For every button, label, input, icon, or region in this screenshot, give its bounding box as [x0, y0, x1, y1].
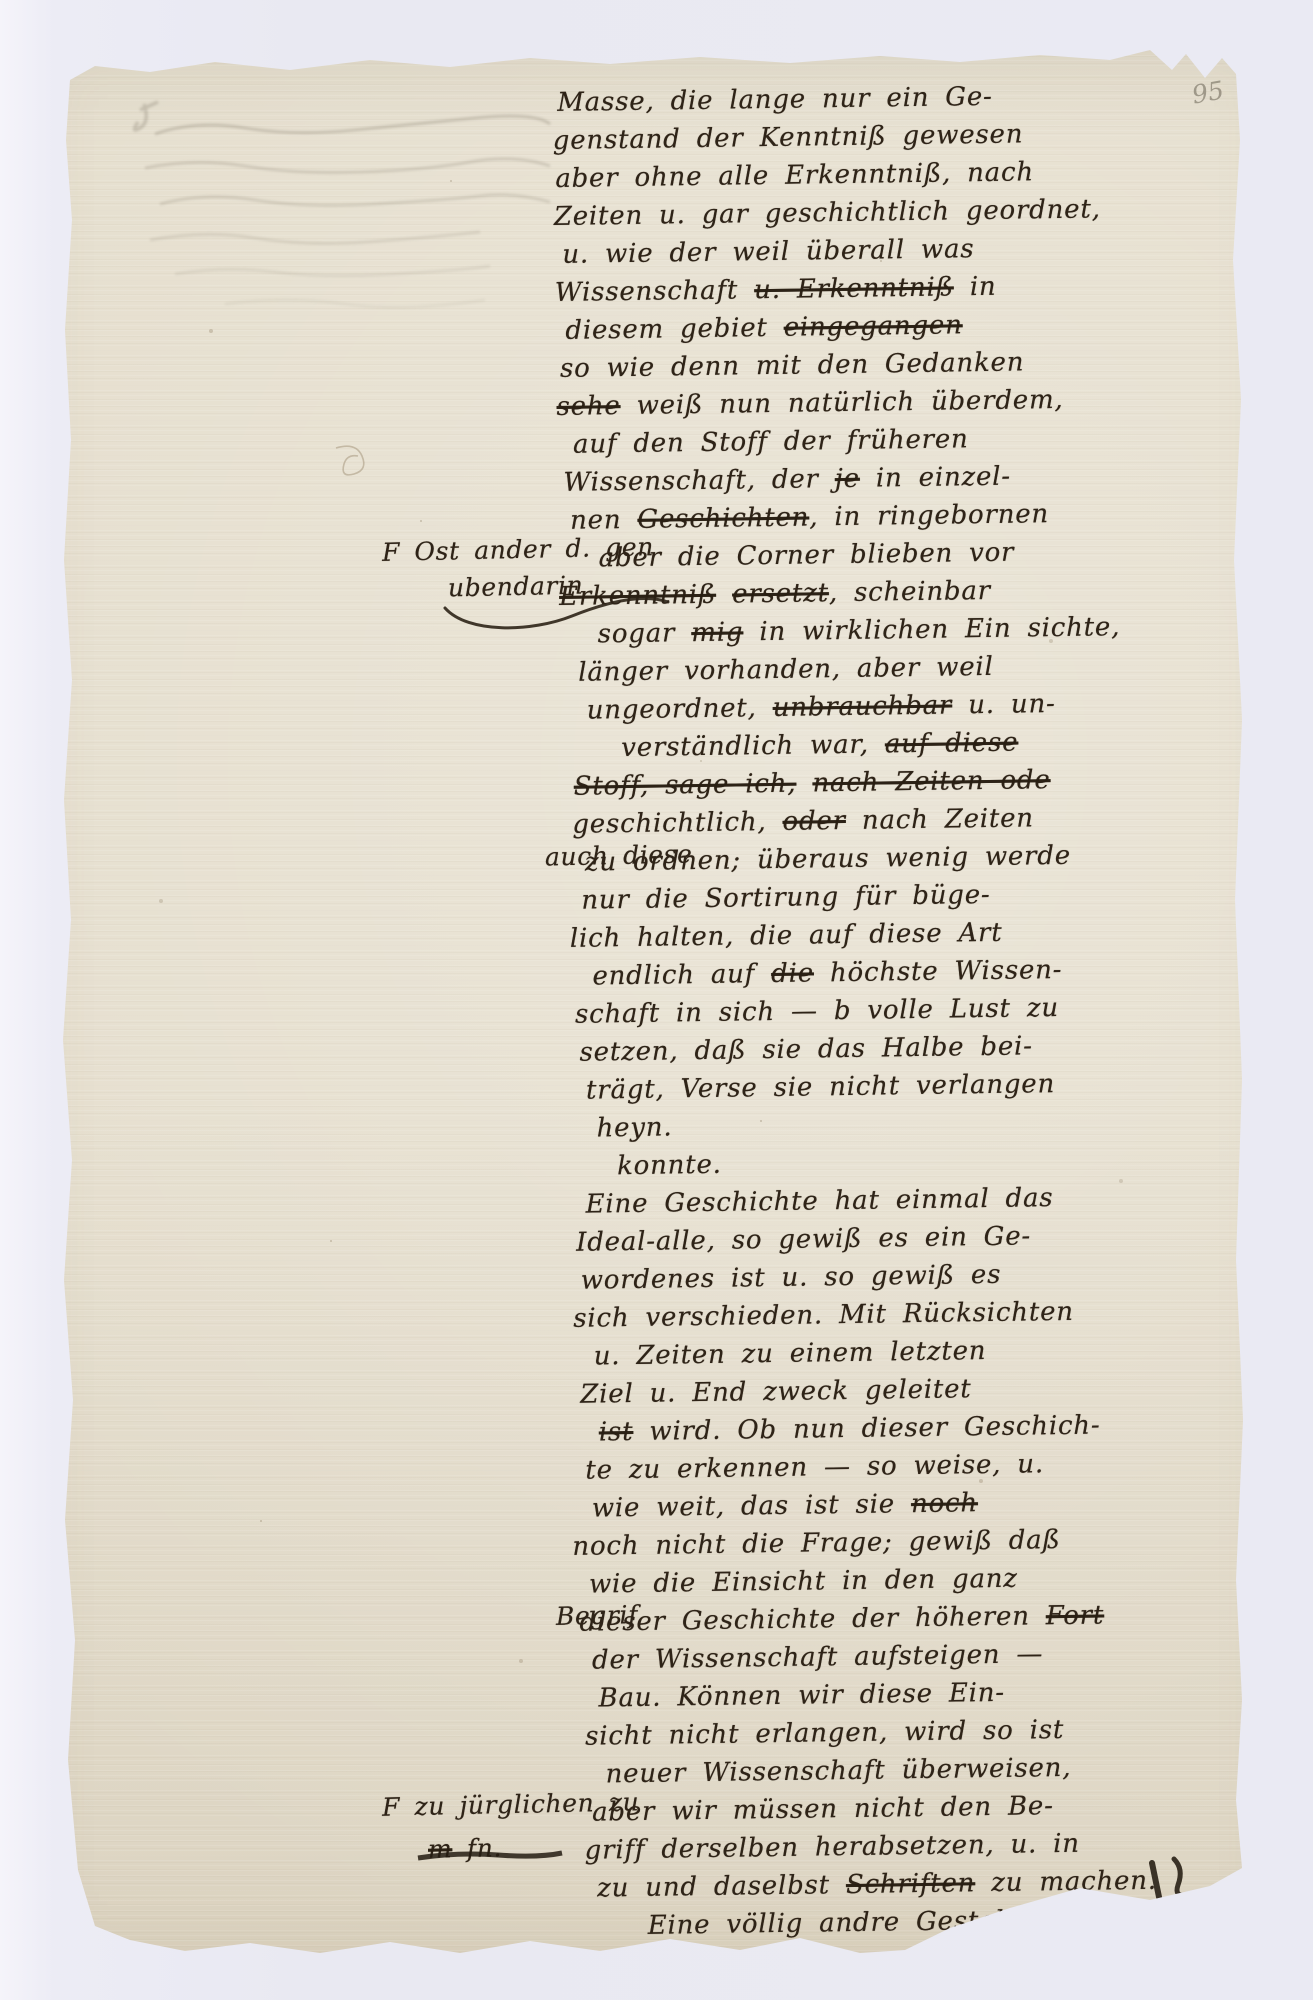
text-line: te zu erkennen — so weise, u. [585, 1442, 1261, 1489]
struck-text: nach Zeiten ode [812, 765, 1051, 798]
text-line: Zeiten u. gar geschichtlich geordnet, [554, 188, 1244, 236]
struck-text: die [771, 958, 814, 989]
text-line: ungeordnet, unbrauchbar u. un- [586, 682, 1250, 729]
text-line: aber ohne alle Erkenntniß, nach [555, 150, 1243, 198]
struck-text: Geschichten [637, 502, 809, 534]
struck-text: unbrauchbar [772, 690, 952, 723]
text-line: Wissenschaft u. Erkenntniß in [555, 264, 1245, 312]
text-line: Wissenschaft, der je in einzel- [563, 454, 1247, 502]
text-line: u. Zeiten zu einem letzten [594, 1328, 1260, 1375]
text-line: zu und daselbst Schriften zu machen. [597, 1860, 1267, 1907]
text-line: trägt, Verse sie nicht verlangen [586, 1062, 1256, 1109]
text-line: nur die Sortirung für büge- [581, 872, 1253, 919]
text-line: sogar mig in wirklichen Ein sichte, [597, 606, 1249, 653]
text-line: Ideal-alle, so gewiß es ein Ge- [576, 1214, 1258, 1262]
text-line: Stoff, sage ich, nach Zeiten ode [574, 758, 1252, 805]
margin-note: F Ost ander d. gen [382, 534, 654, 566]
struck-text: ist [599, 1417, 634, 1447]
text-line: lich halten, die auf diese Art [570, 910, 1254, 958]
struck-text: je [835, 464, 860, 494]
struck-text: sehe [556, 391, 620, 422]
struck-text: auf diese [885, 728, 1019, 760]
margin-strike-stroke [415, 1848, 565, 1864]
margin-note: m fn. [428, 1835, 502, 1863]
margin-note: auch diese [545, 841, 693, 870]
text-line: griff derselben herabsetzen, u. in [584, 1822, 1266, 1870]
text-line: wie die Einsicht in den ganz [589, 1556, 1263, 1603]
struck-text: u. Erkenntniß [754, 272, 954, 305]
underline-flourish [440, 592, 675, 637]
text-line: Erkenntniß ersetzt, scheinbar [559, 568, 1249, 616]
text-line: setzen, daß sie das Halbe bei- [579, 1024, 1255, 1071]
text-line: aber wir müssen nicht den Be- [592, 1784, 1266, 1831]
struck-text: Erkenntniß [559, 580, 716, 612]
text-line: auf den Stoff der früheren [573, 416, 1247, 463]
text-line: wordenes ist u. so gewiß es [580, 1252, 1258, 1299]
text-line: wie weit, das ist sie noch [592, 1480, 1262, 1527]
text-line: sehe weiß nun natürlich überdem, [556, 378, 1246, 426]
margin-note: F zu jürglichen zu [382, 1789, 640, 1820]
text-line: der Wissenschaft aufsteigen — [592, 1632, 1264, 1679]
struck-text: noch [911, 1488, 978, 1519]
stray-pencil-mark [330, 440, 380, 490]
struck-text: Fort [1046, 1600, 1105, 1631]
text-line: noch nicht die Frage; gewiß daß [572, 1518, 1262, 1566]
text-line: Bau. Können wir diese Ein- [598, 1670, 1264, 1717]
struck-text: m [428, 1834, 453, 1864]
text-line: Masse, die lange nur ein Ge- [557, 74, 1242, 122]
text-line: ist wird. Ob nun dieser Geschich- [599, 1404, 1261, 1451]
text-line: sicht nicht erlangen, wird so ist [585, 1708, 1265, 1755]
manuscript-page: 95 Masse, die lange nur ein Ge-genstand … [0, 0, 1313, 2000]
text-line: u. wie der weil überall was [562, 226, 1244, 274]
text-line: nen Geschichten, in ringebornen [570, 492, 1248, 539]
text-line: so wie denn mit den Gedanken [560, 340, 1246, 388]
text-line: diesem gebiet eingegangen [565, 302, 1245, 349]
text-line: Eine Geschichte hat einmal das [585, 1176, 1257, 1223]
struck-text: mig [691, 617, 743, 648]
page-number: 95 [1190, 75, 1226, 109]
text-line: dieser Geschichte der höheren Fort [579, 1594, 1263, 1642]
text-line: schaft in sich — b volle Lust zu [575, 986, 1255, 1033]
text-line: aber die Corner blieben vor [598, 530, 1248, 577]
text-line: geschichtlich, oder nach Zeiten [572, 796, 1252, 843]
struck-text: Schriften [846, 1868, 976, 1900]
text-block: Masse, die lange nur ein Ge-genstand der… [552, 74, 1268, 1945]
ink-blot-mark [1130, 1855, 1230, 1945]
text-line: verständlich war, auf diese [621, 720, 1251, 767]
paper-speckles [0, 0, 2, 2]
text-line: konnte. [617, 1138, 1257, 1185]
struck-text: oder [782, 806, 846, 837]
text-line: sich verschieden. Mit Rücksichten [573, 1290, 1259, 1338]
scan-background: 95 Masse, die lange nur ein Ge-genstand … [0, 0, 1313, 2000]
margin-note: Begrif [556, 1602, 639, 1630]
margin-note: ubendarin [448, 573, 584, 602]
text-line: neuer Wissenschaft überweisen, [605, 1746, 1265, 1793]
text-line: endlich auf die höchste Wissen- [592, 948, 1254, 995]
text-line: heyn. [596, 1100, 1256, 1147]
struck-text: Stoff, sage ich, [574, 769, 797, 802]
text-line: Eine völlig andre Gestalt [647, 1898, 1267, 1945]
text-line: zu ordnen; überaus wenig werde [585, 834, 1253, 881]
text-line: länger vorhanden, aber weil [578, 644, 1250, 691]
text-line: Ziel u. End zweck geleitet [580, 1366, 1260, 1413]
struck-text: ersetzt [732, 578, 829, 609]
struck-text: eingegangen [784, 310, 963, 342]
text-line: genstand der Kenntniß gewesen [553, 112, 1243, 160]
verso-showthrough [85, 72, 555, 332]
